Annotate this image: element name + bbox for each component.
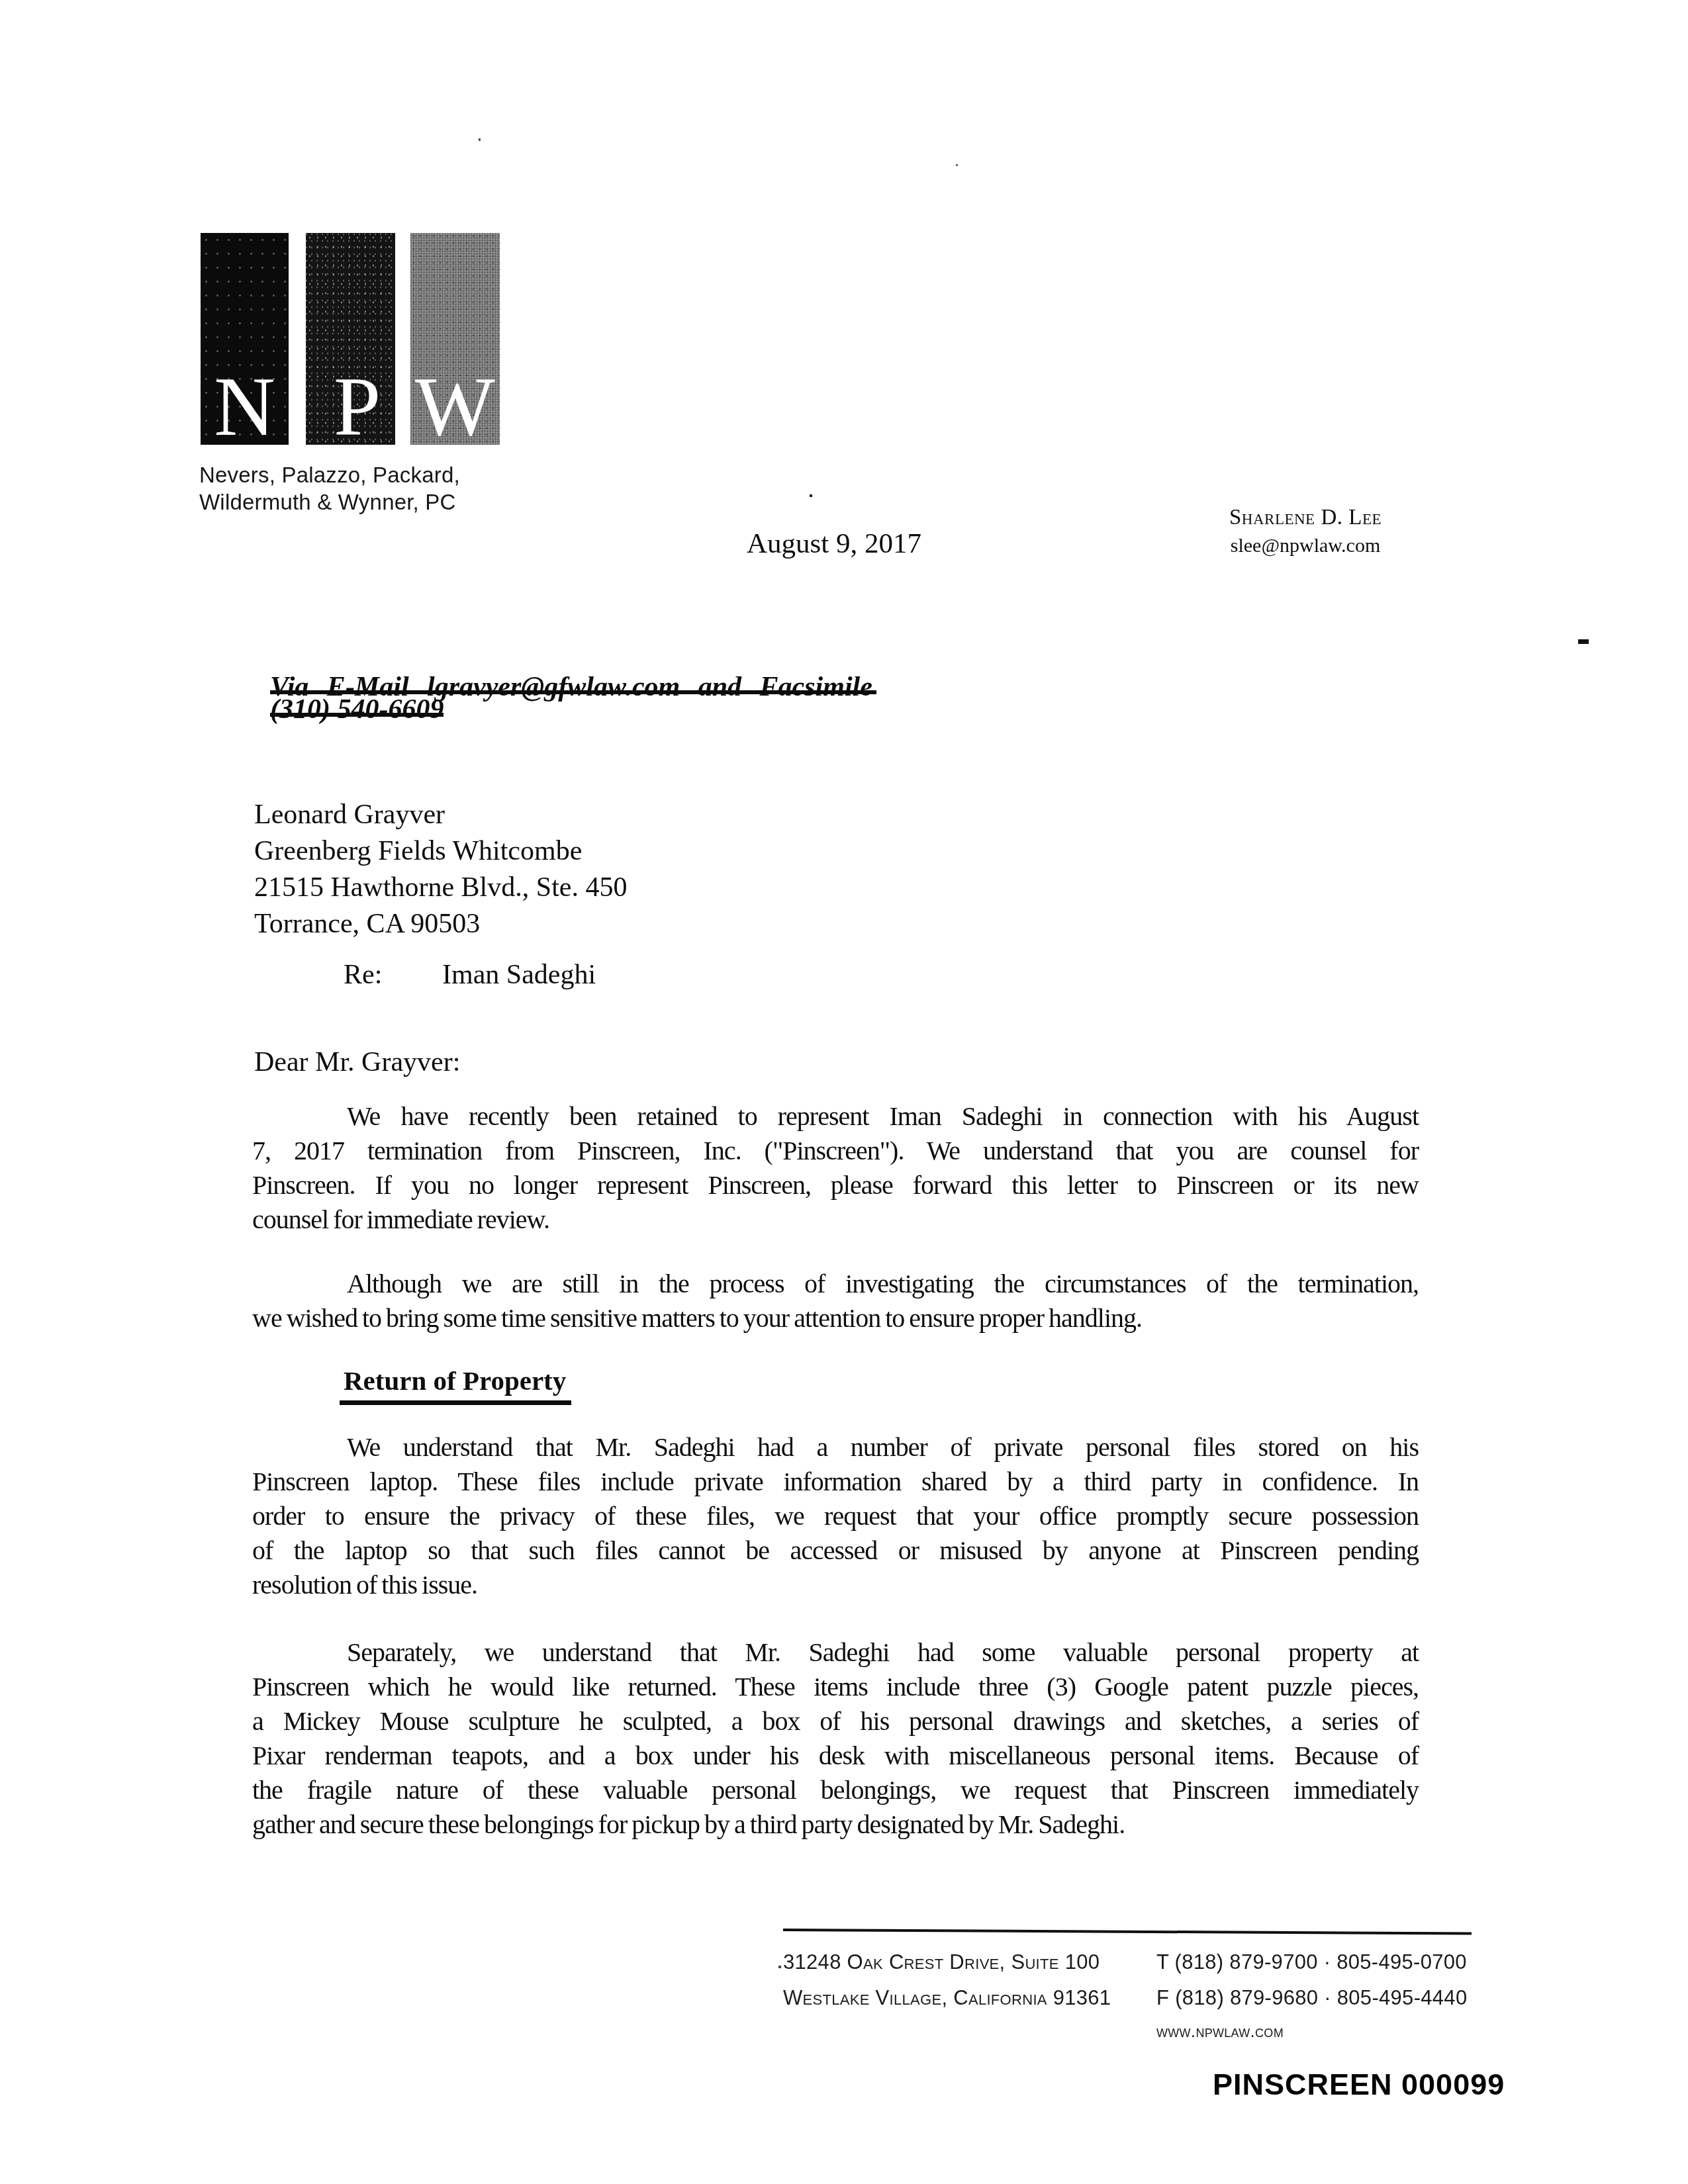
recipient-address-block: Leonard Grayver Greenberg Fields Whitcom…: [254, 797, 627, 942]
author-email: slee@npwlaw.com: [1213, 535, 1397, 557]
paragraph-line: 7, 2017 termination from Pinscreen, Inc.…: [252, 1134, 1419, 1168]
recipient-firm: Greenberg Fields Whitcombe: [254, 833, 627, 870]
paragraph-line: Pinscreen laptop. These files include pr…: [252, 1465, 1419, 1499]
paragraph-line: Pixar renderman teapots, and a box under…: [252, 1739, 1419, 1773]
recipient-street: 21515 Hawthorne Blvd., Ste. 450: [254, 870, 627, 906]
paragraph-4: Separately, we understand that Mr. Sadeg…: [252, 1635, 1419, 1842]
delivery-line1: Via E-Mail lgravyer@gfwlaw.com and Facsi…: [270, 687, 876, 694]
footer-website: www.npwlaw.com: [1156, 2021, 1467, 2041]
section-heading-return-of-property: Return of Property: [340, 1365, 571, 1405]
delivery-line2: (310) 540-6609: [270, 709, 444, 717]
paragraph-line: We have recently been retained to repres…: [252, 1099, 1419, 1134]
paragraph-line: We understand that Mr. Sadeghi had a num…: [252, 1430, 1419, 1465]
author-block: Sharlene D. Lee slee@npwlaw.com: [1213, 506, 1397, 557]
paragraph-line: counsel for immediate review.: [252, 1203, 1419, 1237]
logo-letter-w: W: [410, 364, 500, 449]
footer-rule: [783, 1929, 1472, 1934]
footer-address-line1: 31248 Oak Crest Drive, Suite 100: [783, 1944, 1111, 1980]
recipient-city: Torrance, CA 90503: [254, 906, 627, 942]
firm-name-line1: Nevers, Palazzo, Packard,: [199, 461, 460, 488]
paragraph-1: We have recently been retained to repres…: [252, 1099, 1419, 1237]
firm-name: Nevers, Palazzo, Packard, Wildermuth & W…: [199, 461, 460, 516]
paragraph-line: of the laptop so that such files cannot …: [252, 1533, 1419, 1568]
letter-date: August 9, 2017: [747, 527, 921, 560]
paragraph-line: Pinscreen which he would like returned. …: [252, 1670, 1419, 1704]
paragraph-line: the fragile nature of these valuable per…: [252, 1773, 1419, 1807]
footer-contact: T (818) 879-9700 · 805-495-0700 F (818) …: [1156, 1944, 1467, 2041]
footer-address: 31248 Oak Crest Drive, Suite 100 Westlak…: [783, 1944, 1111, 2016]
logo-letter-p: P: [312, 364, 402, 449]
paragraph-line: Separately, we understand that Mr. Sadeg…: [252, 1635, 1419, 1670]
paragraph-line: we wished to bring some time sensitive m…: [252, 1301, 1419, 1336]
paragraph-line: Although we are still in the process of …: [252, 1267, 1419, 1301]
firm-name-line2: Wildermuth & Wynner, PC: [199, 488, 460, 516]
footer-phone-line1: T (818) 879-9700 · 805-495-0700: [1156, 1944, 1467, 1980]
bates-number: PINSCREEN 000099: [1213, 2068, 1505, 2102]
paragraph-line: gather and secure these belongings for p…: [252, 1807, 1419, 1842]
paragraph-line: Pinscreen. If you no longer represent Pi…: [252, 1168, 1419, 1203]
re-label: Re:: [344, 959, 382, 991]
paragraph-line: resolution of this issue.: [252, 1568, 1419, 1602]
logo-bar-w: W: [410, 233, 500, 445]
logo-bar-p: P: [306, 233, 395, 445]
logo-bar-n: N: [201, 233, 289, 445]
recipient-name: Leonard Grayver: [254, 797, 627, 833]
scanned-letter-page: N P W Nevers, Palazzo, Packard, Wildermu…: [0, 0, 1688, 2184]
footer-phone-line2: F (818) 879-9680 · 805-495-4440: [1156, 1980, 1467, 2016]
salutation: Dear Mr. Grayver:: [254, 1046, 460, 1078]
logo-letter-n: N: [201, 364, 289, 449]
footer-address-line2: Westlake Village, California 91361: [783, 1980, 1111, 2016]
paragraph-line: order to ensure the privacy of these fil…: [252, 1499, 1419, 1533]
paragraph-line: a Mickey Mouse sculpture he sculpted, a …: [252, 1704, 1419, 1739]
scan-artifact: [479, 138, 481, 141]
author-name: Sharlene D. Lee: [1213, 506, 1397, 530]
scan-artifact: [778, 1966, 781, 1968]
scan-artifact: [956, 164, 958, 166]
re-subject: Iman Sadeghi: [442, 959, 596, 991]
paragraph-3: We understand that Mr. Sadeghi had a num…: [252, 1430, 1419, 1602]
delivery-method: Via E-Mail lgravyer@gfwlaw.com and Facsi…: [270, 687, 876, 717]
scan-artifact: [1578, 639, 1589, 644]
scan-artifact: [810, 494, 812, 497]
paragraph-2: Although we are still in the process of …: [252, 1267, 1419, 1336]
